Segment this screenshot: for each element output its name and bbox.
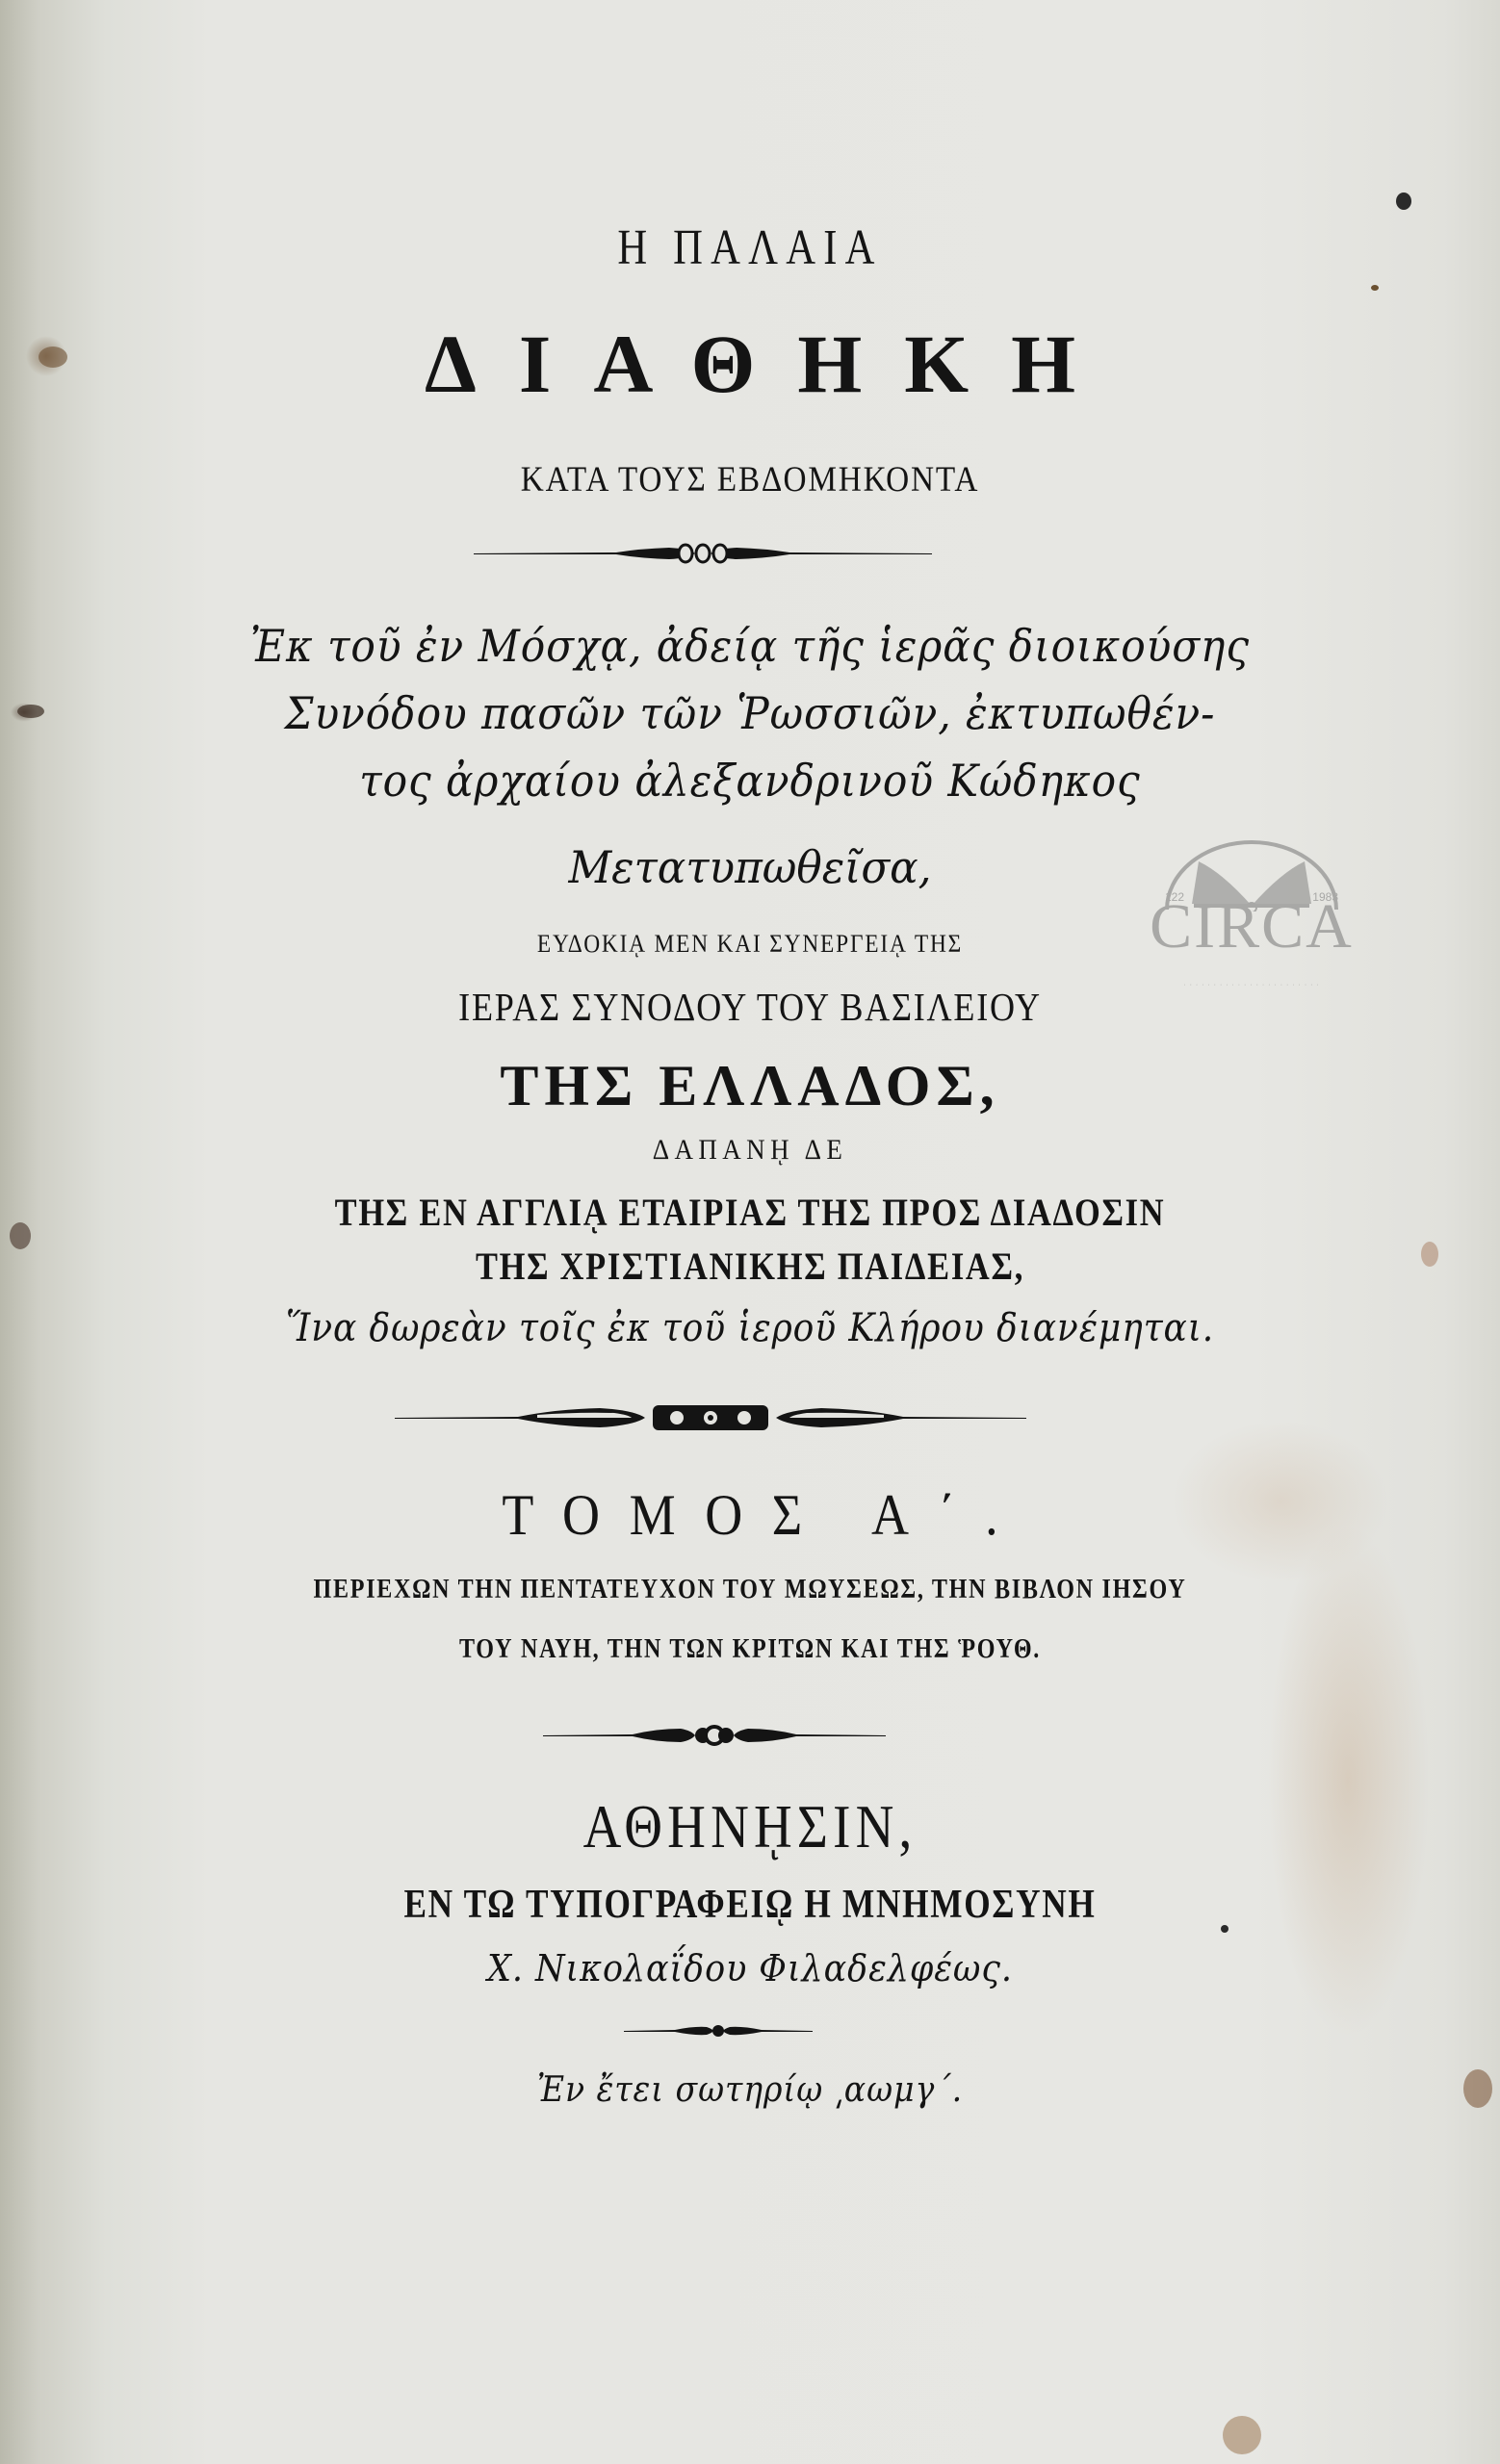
paragraph-line-3: τος ἀρχαίου ἀλεξανδρινοῦ Κώδηκος bbox=[60, 758, 1439, 803]
dapani-de-line: ΔΑΠΑΝῌ ΔΕ bbox=[75, 1136, 1425, 1165]
ink-speck bbox=[1221, 1925, 1228, 1933]
xristianikis-paideias-line: ΤΗΣ ΧΡΙΣΤΙΑΝΙΚΗΣ ΠΑΙΔΕΙΑΣ, bbox=[105, 1247, 1395, 1286]
stain-spot bbox=[1223, 2416, 1261, 2454]
ornamental-divider bbox=[393, 1401, 1028, 1434]
athinisin-line: ΑΘΗΝῌΣΙΝ, bbox=[105, 1796, 1395, 1858]
paragraph-line-2: Συνόδου πασῶν τῶν Ῥωσσιῶν, ἐκτυπωθέν- bbox=[60, 691, 1439, 735]
watermark-tagline-dots: · · · · · · · · · · · · · · · · · · · · … bbox=[1117, 982, 1386, 988]
ina-dorean-line: Ἵνα δωρεὰν τοῖς ἐκ τοῦ ἱεροῦ Κλήρου διαν… bbox=[75, 1309, 1425, 1347]
title-page: Η ΠΑΛΑΙΑ ΔΙΑΘΗΚΗ ΚΑΤΑ ΤΟΥΣ ΕΒΔΟΜΗΚΟΝΤΑ Ἐ… bbox=[0, 0, 1500, 2464]
stain-spot bbox=[17, 705, 44, 718]
typografeio-line: ΕΝ ΤΩ ΤΥΠΟΓΡΑΦΕΙῼ Η ΜΝΗΜΟΣΥΝΗ bbox=[120, 1885, 1381, 1925]
title-line-kata-tous-evdomikonta: ΚΑΤΑ ΤΟΥΣ ΕΒΔΟΜΗΚΟΝΤΑ bbox=[75, 462, 1425, 498]
ink-speck bbox=[1371, 285, 1379, 291]
ink-speck bbox=[1396, 192, 1411, 210]
tomos-a-line: ΤΟΜΟΣ Α΄. bbox=[75, 1486, 1425, 1544]
etairias-line: ΤΗΣ ΕΝ ΑΓΓΛΙᾼ ΕΤΑΙΡΙΑΣ ΤΗΣ ΠΡΟΣ ΔΙΑΔΟΣΙΝ bbox=[105, 1193, 1395, 1232]
ornamental-divider bbox=[622, 2021, 815, 2040]
stain-spot bbox=[1463, 2069, 1492, 2108]
periexon-line-2: ΤΟΥ ΝΑΥΗ, ΤΗΝ ΤΩΝ ΚΡΙΤΩΝ ΚΑΙ ΤΗΣ ῬΟΥΘ. bbox=[105, 1636, 1395, 1663]
printer-name-line: Χ. Νικολαΐδου Φιλαδελφέως. bbox=[60, 1950, 1439, 1987]
title-line-diathiki: ΔΙΑΘΗΚΗ bbox=[0, 322, 1500, 405]
stain-spot bbox=[10, 1222, 31, 1249]
circa-watermark: 122 1983 CIRCA · · · · · · · · · · · · ·… bbox=[1117, 823, 1386, 1015]
ornamental-divider bbox=[541, 1721, 888, 1750]
stain-spot bbox=[1421, 1242, 1438, 1267]
watermark-brand: CIRCA bbox=[1117, 895, 1386, 959]
periexon-line-1: ΠΕΡΙΕΧΩΝ ΤΗΝ ΠΕΝΤΑΤΕΥΧΟΝ ΤΟΥ ΜΩΥΣΕΩΣ, ΤΗ… bbox=[105, 1577, 1395, 1604]
year-line: Ἐν ἔτει σωτηρίῳ ͵αωμγ΄. bbox=[60, 2073, 1439, 2108]
paragraph-line-1: Ἐκ τοῦ ἐν Μόσχᾳ, ἀδείᾳ τῆς ἱερᾶς διοικού… bbox=[60, 624, 1439, 668]
ornamental-divider bbox=[472, 539, 934, 568]
tis-ellados-line: ΤΗΣ ΕΛΛΑΔΟΣ, bbox=[0, 1057, 1500, 1115]
title-line-i-palaia: Η ΠΑΛΑΙΑ bbox=[135, 223, 1365, 273]
